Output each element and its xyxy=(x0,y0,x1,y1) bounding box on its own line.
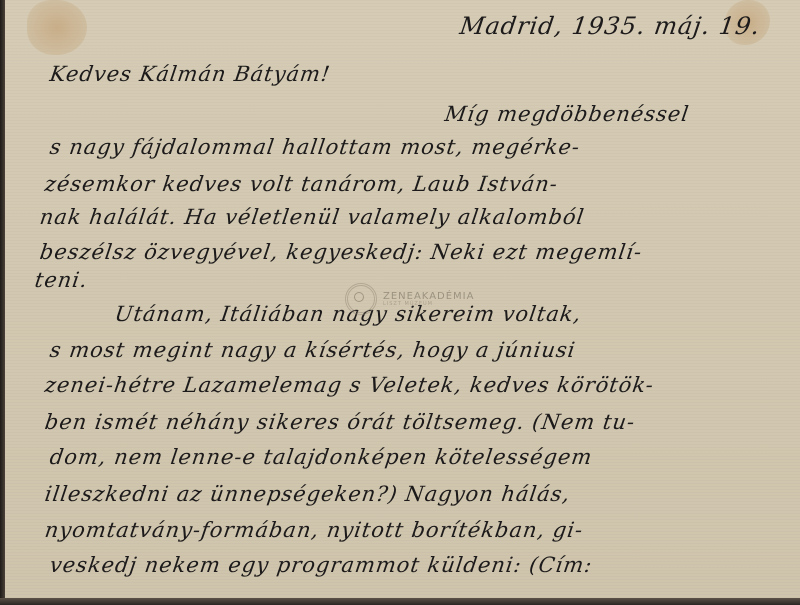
watermark-subtitle: LISZT MÚZEUM xyxy=(383,302,474,307)
seal-icon xyxy=(345,283,377,315)
letter-page: Madrid, 1935. máj. 19. Kedves Kálmán Bát… xyxy=(5,0,800,598)
letter-line: nyomtatvány-formában, nyitott borítékban… xyxy=(43,518,585,542)
paper-stain xyxy=(27,0,87,55)
scan-bottom-edge xyxy=(0,598,800,605)
letter-line: Míg megdöbbenéssel xyxy=(443,102,691,126)
letter-line: veskedj nekem egy programmot küldeni: (C… xyxy=(48,553,594,577)
letter-line: ben ismét néhány sikeres órát töltsemeg.… xyxy=(43,410,637,434)
letter-line: dom, nem lenne-e talajdonképen kötelessé… xyxy=(48,445,594,469)
watermark-title: ZENEAKADÉMIA xyxy=(383,292,474,302)
letter-salutation: Kedves Kálmán Bátyám! xyxy=(48,62,332,86)
letter-line: zenei-hétre Lazamelemag s Veletek, kedve… xyxy=(43,373,655,397)
letter-line: s nagy fájdalommal hallottam most, megér… xyxy=(48,135,581,159)
letter-dateline: Madrid, 1935. máj. 19. xyxy=(458,12,762,40)
letter-line: illeszkedni az ünnepségeken?) Nagyon hál… xyxy=(43,482,572,506)
archive-watermark: ZENEAKADÉMIA LISZT MÚZEUM xyxy=(345,283,474,315)
letter-line: teni. xyxy=(33,268,89,292)
letter-line: beszélsz özvegyével, kegyeskedj: Neki ez… xyxy=(38,240,644,264)
letter-line: s most megint nagy a kísértés, hogy a jú… xyxy=(48,338,577,362)
letter-line: nak halálát. Ha véletlenül valamely alka… xyxy=(38,205,586,229)
letter-line: zésemkor kedves volt tanárom, Laub Istvá… xyxy=(43,172,559,196)
